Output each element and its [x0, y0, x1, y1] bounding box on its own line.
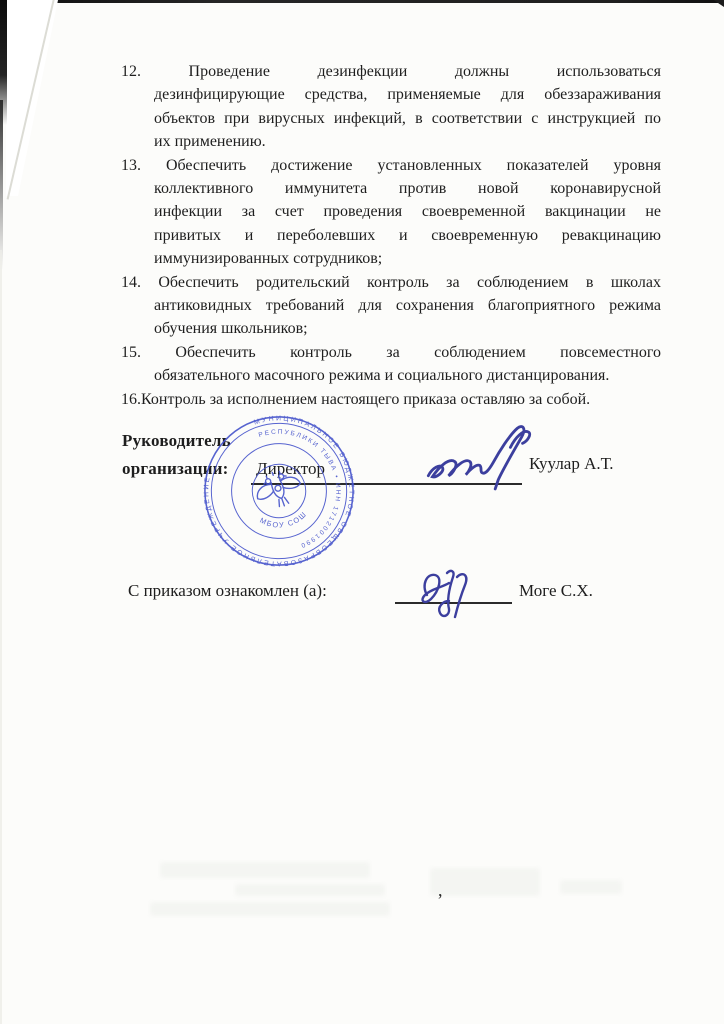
text-line: 12. Проведение дезинфекции должны исполь…: [121, 60, 661, 83]
text-line: привитых и переболевших и своевременную …: [121, 224, 661, 247]
scan-edge-left-faint: [0, 250, 2, 1024]
scan-edge-top: [0, 0, 724, 3]
text-line: иммунизированных сотрудников;: [121, 247, 661, 270]
text-line: инфекции за счет проведения своевременно…: [121, 200, 661, 223]
bleedthrough-noise: [430, 868, 540, 896]
list-item-14: 14. Обеспечить родительский контроль за …: [121, 271, 661, 341]
text-line: 13. Обеспечить достижение установленных …: [121, 154, 661, 177]
text-line: 15. Обеспечить контроль за соблюдением п…: [121, 341, 661, 364]
bleedthrough-noise: [560, 880, 622, 894]
text-line: антиковидных требований для сохранения б…: [121, 294, 661, 317]
acknowledgment-label: С приказом ознакомлен (а):: [128, 581, 327, 601]
list-item-16: 16.Контроль за исполнением настоящего пр…: [121, 388, 661, 411]
bleedthrough-noise: [160, 862, 370, 878]
text-line: 16.Контроль за исполнением настоящего пр…: [121, 388, 661, 411]
text-line: их применению.: [121, 130, 661, 153]
text-line: объектов при вирусных инфекций, в соотве…: [121, 107, 661, 130]
list-item-13: 13. Обеспечить достижение установленных …: [121, 154, 661, 271]
text-line: обязательного масочного режима и социаль…: [121, 364, 661, 387]
text-line: 14. Обеспечить родительский контроль за …: [121, 271, 661, 294]
stray-comma-mark: ,: [438, 880, 443, 901]
scan-edge-left-fade: [0, 100, 3, 270]
order-items-list: 12. Проведение дезинфекции должны исполь…: [121, 60, 661, 411]
signer-name: Куулар А.Т.: [529, 454, 614, 474]
acknowledgment-signature: [399, 559, 484, 624]
text-line: дезинфицирующие средства, применяемые дл…: [121, 83, 661, 106]
list-item-12: 12. Проведение дезинфекции должны исполь…: [121, 60, 661, 154]
bleedthrough-noise: [150, 902, 390, 916]
director-signature: [424, 419, 536, 495]
official-round-stamp: МУНИЦИПАЛЬНОЕ БЮДЖЕТНОЕ ОБЩЕОБРАЗОВАТЕЛЬ…: [178, 390, 381, 593]
scanned-document-page: , 12. Проведение дезинфекции должны испо…: [0, 0, 724, 1024]
text-line: обучения школьников;: [121, 317, 661, 340]
bleedthrough-noise: [235, 884, 385, 896]
list-item-15: 15. Обеспечить контроль за соблюдением п…: [121, 341, 661, 388]
text-line: коллективного иммунитета против новой ко…: [121, 177, 661, 200]
acknowledgment-signer-name: Моге С.Х.: [519, 581, 593, 601]
